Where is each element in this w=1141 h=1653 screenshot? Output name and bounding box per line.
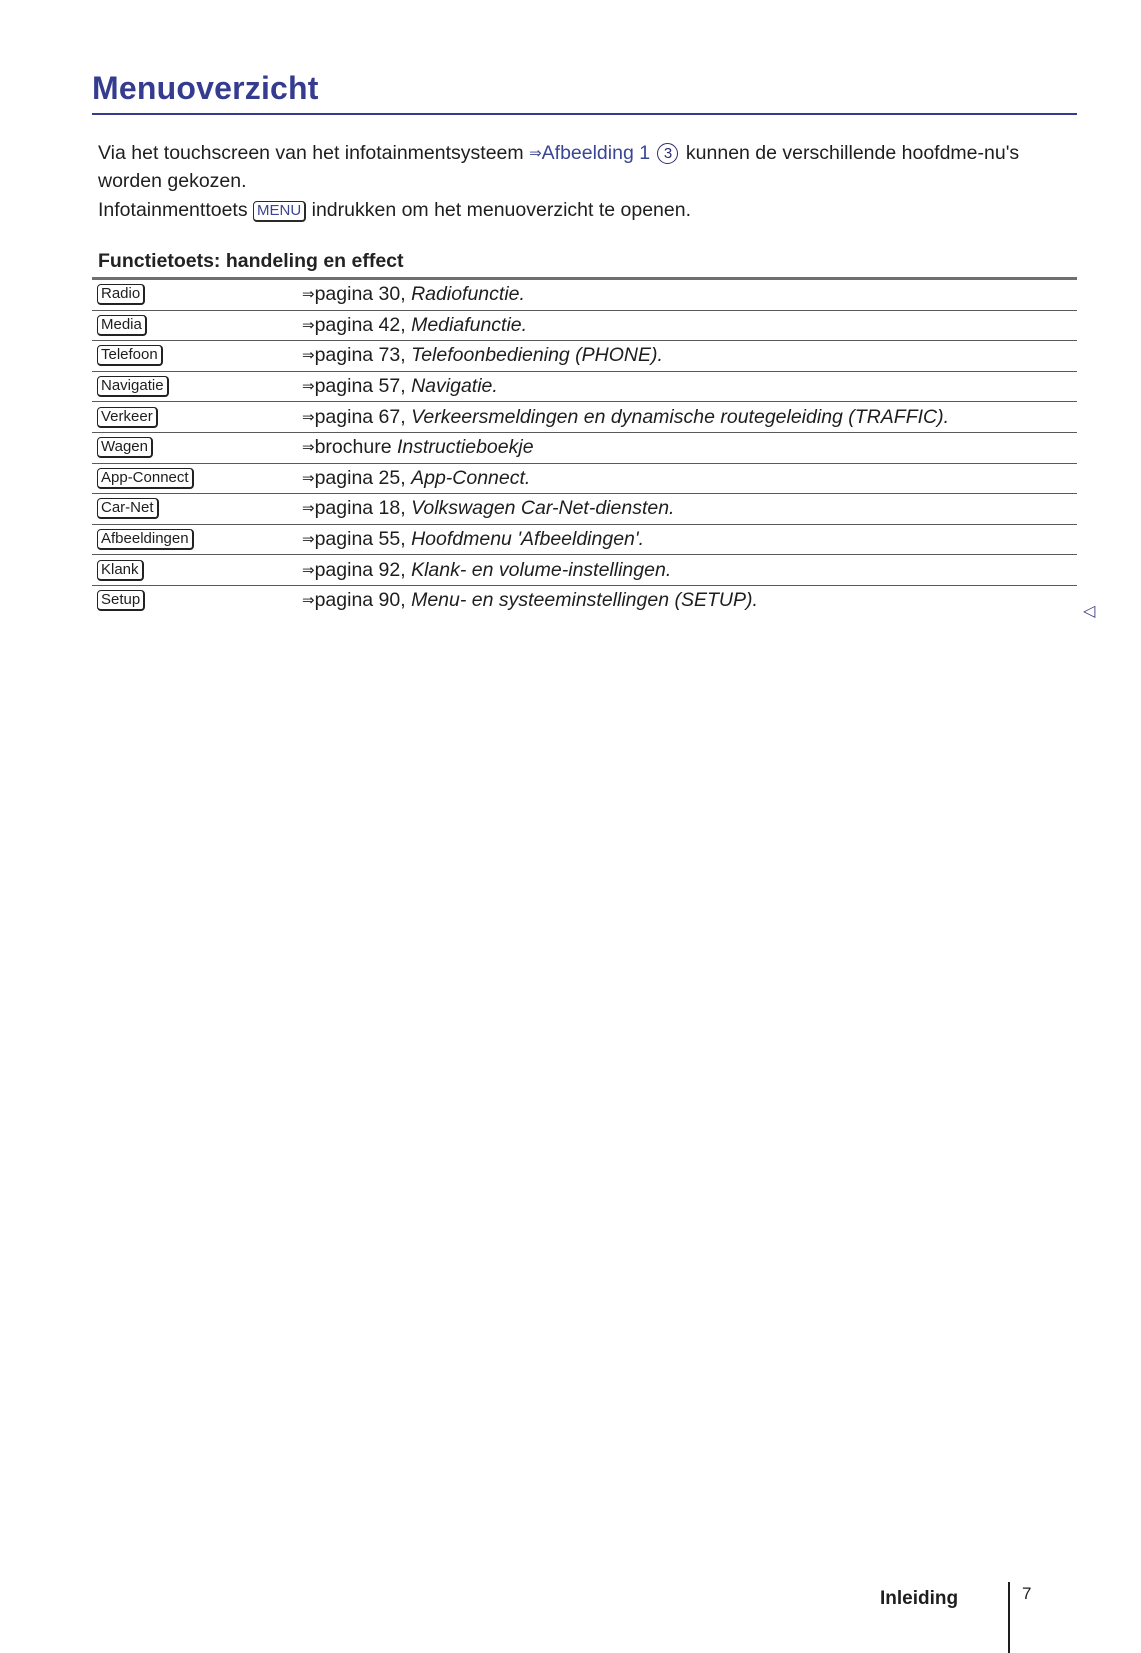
- menu-key: MENU: [253, 201, 306, 222]
- table-row: Media ⇒pagina 42, Mediafunctie.: [92, 311, 1077, 342]
- intro-line2-prefix: Infotainmenttoets: [98, 199, 248, 221]
- intro-line1-prefix: Via het touchscreen van het infotainment…: [98, 142, 524, 164]
- reference-title: Klank- en volume-instellingen.: [411, 559, 671, 581]
- arrow-right-icon: ⇒: [302, 409, 315, 426]
- reference-text: pagina 90,: [315, 589, 412, 611]
- reference-text: pagina 25,: [315, 467, 412, 489]
- page-reference[interactable]: ⇒pagina 55, Hoofdmenu 'Afbeeldingen'.: [302, 528, 644, 551]
- reference-title: Hoofdmenu 'Afbeeldingen'.: [411, 528, 644, 550]
- table-row: Wagen ⇒brochure Instructieboekje: [92, 433, 1077, 464]
- function-key: Verkeer: [97, 407, 158, 428]
- page-reference[interactable]: ⇒pagina 30, Radiofunctie.: [302, 283, 525, 306]
- reference-title: Verkeersmeldingen en dynamische routegel…: [411, 406, 949, 428]
- reference-text: pagina 73,: [315, 344, 412, 366]
- arrow-right-icon: ⇒: [302, 562, 315, 579]
- function-key: Klank: [97, 560, 144, 581]
- reference-text: pagina 30,: [315, 283, 412, 305]
- page-reference[interactable]: ⇒pagina 73, Telefoonbediening (PHONE).: [302, 344, 663, 367]
- page-reference[interactable]: ⇒pagina 18, Volkswagen Car-Net-diensten.: [302, 497, 674, 520]
- arrow-right-icon: ⇒: [302, 439, 315, 456]
- reference-title: Navigatie.: [411, 375, 498, 397]
- table-row: Radio ⇒pagina 30, Radiofunctie.: [92, 280, 1077, 311]
- table-row: App-Connect ⇒pagina 25, App-Connect.: [92, 464, 1077, 495]
- arrow-right-icon: ⇒: [302, 286, 315, 303]
- title-divider: [92, 113, 1077, 115]
- intro-paragraph-2: Infotainmenttoets MENU indrukken om het …: [98, 197, 1058, 223]
- reference-title: Radiofunctie.: [411, 283, 525, 305]
- arrow-right-icon: ⇒: [302, 347, 315, 364]
- table-heading: Functietoets: handeling en effect: [98, 250, 404, 273]
- table-row: Telefoon ⇒pagina 73, Telefoonbediening (…: [92, 341, 1077, 372]
- arrow-right-icon: ⇒: [302, 317, 315, 334]
- arrow-right-icon: ⇒: [302, 531, 315, 548]
- function-key: App-Connect: [97, 468, 194, 489]
- reference-title: App-Connect.: [411, 467, 530, 489]
- intro-line2-suffix: indrukken om het menuoverzicht te openen…: [312, 199, 691, 221]
- page-reference[interactable]: ⇒pagina 67, Verkeersmeldingen en dynamis…: [302, 406, 949, 429]
- reference-text: brochure: [315, 436, 397, 458]
- arrow-right-icon: ⇒: [302, 592, 315, 609]
- section-end-icon: ◁: [1083, 601, 1095, 621]
- page-reference[interactable]: ⇒pagina 92, Klank- en volume-instellinge…: [302, 559, 671, 582]
- figure-link-text: Afbeelding 1: [542, 142, 650, 164]
- function-key: Navigatie: [97, 376, 169, 397]
- function-key-table: Radio ⇒pagina 30, Radiofunctie. Media ⇒p…: [92, 277, 1077, 616]
- footer-divider: [1008, 1582, 1010, 1653]
- table-row: Car-Net ⇒pagina 18, Volkswagen Car-Net-d…: [92, 494, 1077, 525]
- arrow-right-icon: ⇒: [529, 145, 542, 162]
- reference-title: Instructieboekje: [397, 436, 534, 458]
- intro-paragraph-1: Via het touchscreen van het infotainment…: [98, 140, 1058, 194]
- table-row: Afbeeldingen ⇒pagina 55, Hoofdmenu 'Afbe…: [92, 525, 1077, 556]
- table-row: Navigatie ⇒pagina 57, Navigatie.: [92, 372, 1077, 403]
- intro-text: Via het touchscreen van het infotainment…: [98, 140, 1058, 223]
- reference-text: pagina 55,: [315, 528, 412, 550]
- function-key: Radio: [97, 284, 145, 305]
- function-key: Telefoon: [97, 345, 163, 366]
- callout-number-icon: 3: [657, 143, 678, 164]
- page-reference[interactable]: ⇒pagina 90, Menu- en systeeminstellingen…: [302, 589, 758, 612]
- function-key: Afbeeldingen: [97, 529, 194, 550]
- reference-text: pagina 57,: [315, 375, 412, 397]
- arrow-right-icon: ⇒: [302, 470, 315, 487]
- function-key: Wagen: [97, 437, 153, 458]
- reference-text: pagina 67,: [315, 406, 412, 428]
- function-key: Setup: [97, 590, 145, 611]
- page-title: Menuoverzicht: [92, 70, 319, 107]
- reference-text: pagina 92,: [315, 559, 412, 581]
- reference-title: Telefoonbediening (PHONE).: [411, 344, 663, 366]
- page-reference[interactable]: ⇒pagina 57, Navigatie.: [302, 375, 498, 398]
- page-reference[interactable]: ⇒pagina 42, Mediafunctie.: [302, 314, 527, 337]
- reference-title: Menu- en systeeminstellingen (SETUP).: [411, 589, 758, 611]
- reference-text: pagina 18,: [315, 497, 412, 519]
- reference-text: pagina 42,: [315, 314, 412, 336]
- figure-link[interactable]: ⇒Afbeelding 1: [529, 142, 650, 164]
- page-number: 7: [1022, 1584, 1031, 1604]
- reference-title: Mediafunctie.: [411, 314, 527, 336]
- arrow-right-icon: ⇒: [302, 378, 315, 395]
- table-row: Klank ⇒pagina 92, Klank- en volume-inste…: [92, 555, 1077, 586]
- reference-title: Volkswagen Car-Net-diensten.: [411, 497, 674, 519]
- table-row: Setup ⇒pagina 90, Menu- en systeeminstel…: [92, 586, 1077, 616]
- function-key: Car-Net: [97, 498, 159, 519]
- page-reference[interactable]: ⇒pagina 25, App-Connect.: [302, 467, 530, 490]
- arrow-right-icon: ⇒: [302, 500, 315, 517]
- table-row: Verkeer ⇒pagina 67, Verkeersmeldingen en…: [92, 402, 1077, 433]
- footer-section-title: Inleiding: [880, 1588, 958, 1610]
- page-reference[interactable]: ⇒brochure Instructieboekje: [302, 436, 534, 459]
- function-key: Media: [97, 315, 147, 336]
